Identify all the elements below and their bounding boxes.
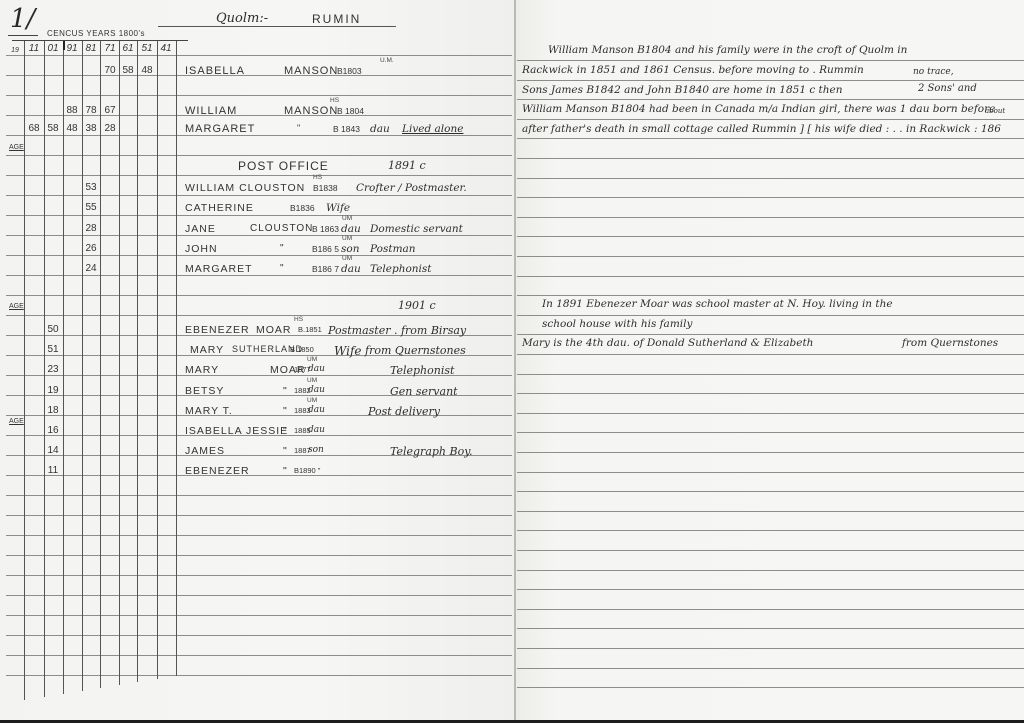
- person-first-name: EBENEZER: [185, 466, 250, 477]
- age-value: 51: [44, 345, 62, 355]
- ruled-line: [517, 256, 1024, 257]
- age-value: 58: [44, 124, 62, 134]
- occupation: Domestic servant: [370, 224, 463, 235]
- ruled-line: [517, 158, 1024, 159]
- birth-year: B 1843: [333, 125, 360, 134]
- occupation: Telegraph Boy.: [390, 446, 472, 457]
- ruled-line: [517, 374, 1024, 375]
- age-margin-label: AGE: [9, 144, 24, 151]
- census-column-line: [157, 40, 158, 679]
- page-number: 1/: [10, 6, 35, 32]
- ruled-line: [517, 668, 1024, 669]
- census-column-line: [119, 40, 120, 685]
- ruled-line: [517, 217, 1024, 218]
- relation: dau: [308, 426, 325, 435]
- person-surname: ": [283, 406, 288, 417]
- marital-note: UM: [307, 357, 317, 364]
- note-line: William Manson B1804 and his family were…: [548, 45, 907, 56]
- ruled-line: [517, 197, 1024, 198]
- person-first-name: MARGARET: [185, 264, 253, 275]
- person-first-name: ISABELLA: [185, 66, 245, 77]
- relation: dau: [308, 386, 325, 395]
- relation: son: [341, 244, 359, 255]
- ruled-line: [517, 570, 1024, 571]
- census-1901-label: 1901 c: [398, 300, 436, 311]
- person-surname: ": [283, 466, 288, 477]
- age-value: 18: [44, 406, 62, 416]
- ruled-line: [517, 119, 1024, 120]
- ruled-line: [517, 138, 1024, 139]
- marital-note: UM: [342, 216, 352, 223]
- census-column-line: [100, 40, 101, 688]
- birth-year: B.1851: [298, 326, 322, 334]
- relation: Wife: [326, 203, 350, 214]
- note-line: Rackwick in 1851 and 1861 Census. before…: [522, 65, 864, 76]
- occupation: Postmaster . from Birsay: [328, 325, 466, 336]
- ruled-line: [517, 99, 1024, 100]
- person-surname: ": [297, 124, 301, 133]
- relation: dau: [341, 264, 361, 275]
- relation: dau: [370, 124, 390, 135]
- age-value: 16: [44, 426, 62, 436]
- age-value: 38: [82, 124, 100, 134]
- relation: son: [308, 446, 324, 455]
- note-line: William Manson B1804 had been in Canada …: [522, 104, 995, 115]
- occupation: Lived alone: [402, 124, 463, 135]
- ruled-line: [517, 393, 1024, 394]
- age-value: 28: [82, 224, 100, 234]
- person-first-name: MARY T.: [185, 406, 233, 417]
- relation: dau: [341, 224, 361, 235]
- page-number-underline: [8, 35, 38, 36]
- marital-note: HS: [330, 98, 339, 105]
- age-value: 19: [44, 386, 62, 396]
- age-margin-label: AGE: [9, 418, 24, 425]
- age-value: 48: [63, 124, 81, 134]
- person-first-name: ISABELLA JESSIE: [185, 426, 288, 437]
- person-first-name: JAMES: [185, 446, 225, 457]
- location-title: RUMIN: [312, 13, 361, 25]
- person-first-name: MARGARET: [185, 124, 255, 135]
- person-first-name: JANE: [185, 224, 216, 235]
- age-value: 55: [82, 203, 100, 213]
- ruled-line: [517, 687, 1024, 688]
- person-first-name: CATHERINE: [185, 203, 254, 214]
- person-surname: CLOUSTON: [250, 224, 313, 234]
- note-line: from Quernstones: [902, 338, 998, 349]
- census-year-81: 81: [82, 44, 100, 54]
- person-first-name: WILLIAM: [185, 106, 237, 117]
- age-value: 24: [82, 264, 100, 274]
- age-value: 78: [82, 106, 100, 116]
- person-surname: MOAR: [256, 325, 292, 336]
- age-value: 67: [101, 106, 119, 116]
- age-value: 68: [25, 124, 43, 134]
- person-first-name: EBENEZER: [185, 325, 250, 336]
- ruled-line: [517, 236, 1024, 237]
- person-surname: ": [283, 426, 288, 437]
- person-first-name: MARY: [190, 345, 224, 356]
- marital-note: UM: [307, 398, 317, 405]
- age-value: 50: [44, 325, 62, 335]
- occupation: Telephonist: [370, 264, 432, 275]
- birth-year: B1803: [337, 67, 362, 76]
- marital-note: UM: [342, 256, 352, 263]
- note-insert: 2 Sons' and: [918, 84, 977, 94]
- occupation: from Quernstones: [365, 345, 466, 356]
- person-surname: ": [283, 386, 288, 397]
- census-year-41: 41: [157, 44, 175, 54]
- ruled-line: [517, 80, 1024, 81]
- ruled-line: [517, 452, 1024, 453]
- ruled-line: [517, 315, 1024, 316]
- note-insert: about: [985, 108, 1005, 115]
- birth-year: B1836: [290, 204, 315, 213]
- census-year-11: 11: [25, 44, 43, 54]
- person-surname: MANSON: [284, 66, 338, 77]
- census-year-01: 01: [44, 44, 62, 54]
- birth-year: B1838: [313, 184, 338, 193]
- birth-year: B1890 ": [294, 467, 320, 475]
- age-value: 11: [44, 466, 62, 476]
- person-surname: ": [283, 446, 288, 457]
- marital-note: HS: [313, 175, 322, 182]
- person-first-name: BETSY: [185, 386, 224, 397]
- age-value: 14: [44, 446, 62, 456]
- age-value: 70: [101, 66, 119, 76]
- person-surname: ": [280, 244, 285, 254]
- birth-year: B 1804: [337, 107, 364, 116]
- ruled-line: [517, 472, 1024, 473]
- person-first-name: MARY: [185, 365, 219, 376]
- age-value: 28: [101, 124, 119, 134]
- marital-note: HS: [294, 317, 303, 324]
- marital-note: U.M.: [380, 58, 394, 65]
- age-value: 88: [63, 106, 81, 116]
- occupation: Telephonist: [390, 365, 454, 376]
- book-spine: [514, 0, 516, 723]
- relation: dau: [308, 365, 325, 374]
- census-years-label: CENCUS YEARS 1800's: [47, 30, 145, 38]
- ruled-line: [517, 276, 1024, 277]
- ruled-line: [517, 491, 1024, 492]
- occupation: Gen servant: [390, 386, 458, 397]
- marital-note: UM: [342, 236, 352, 243]
- ruled-line: [517, 609, 1024, 610]
- census-year-51: 51: [138, 44, 156, 54]
- census-1891-label: 1891 c: [388, 160, 426, 171]
- census-year-61: 61: [119, 44, 137, 54]
- ruled-line: [517, 628, 1024, 629]
- marital-note: UM: [307, 378, 317, 385]
- person-surname: MANSON: [284, 106, 338, 117]
- age-margin-label: AGE: [9, 303, 24, 310]
- note-line: Mary is the 4th dau. of Donald Sutherlan…: [522, 338, 813, 349]
- census-column-line: [176, 40, 177, 676]
- ruled-line: [517, 413, 1024, 414]
- census-column-line: [24, 40, 25, 700]
- post-office-heading: POST OFFICE: [238, 160, 329, 172]
- birth-year: B 1850: [290, 346, 314, 354]
- occupation: Postman: [370, 244, 416, 255]
- census-column-line: [82, 40, 83, 691]
- person-first-name: WILLIAM CLOUSTON: [185, 183, 305, 194]
- occupation: Post delivery: [368, 406, 440, 417]
- relation: Wife: [334, 345, 362, 357]
- age-value: 48: [138, 66, 156, 76]
- census-year-91: 91: [63, 44, 81, 54]
- person-surname: ": [280, 264, 285, 274]
- note-line: after father's death in small cottage ca…: [522, 124, 1001, 135]
- occupation: Crofter / Postmaster.: [356, 183, 467, 194]
- ruled-line: [517, 432, 1024, 433]
- person-first-name: JOHN: [185, 244, 218, 255]
- census-label-line: [12, 40, 188, 41]
- ruled-line: [517, 589, 1024, 590]
- age-value: 53: [82, 183, 100, 193]
- census-year-19: 19: [6, 47, 24, 54]
- location-title-prefix: Quolm:-: [216, 12, 268, 25]
- ruled-line: [517, 334, 1024, 335]
- note-line: In 1891 Ebenezer Moar was school master …: [542, 299, 893, 310]
- ruled-line: [517, 295, 1024, 296]
- ruled-line: [517, 530, 1024, 531]
- ruled-line: [517, 550, 1024, 551]
- census-column-line: [63, 40, 64, 694]
- age-value: 26: [82, 244, 100, 254]
- note-line: school house with his family: [542, 319, 692, 330]
- census-year-71: 71: [101, 44, 119, 54]
- ruled-line: [517, 354, 1024, 355]
- birth-year: B186 7: [312, 265, 339, 274]
- ruled-line: [517, 511, 1024, 512]
- ruled-line: [517, 60, 1024, 61]
- ruled-line: [517, 648, 1024, 649]
- age-value: 23: [44, 365, 62, 375]
- age-value: 58: [119, 66, 137, 76]
- birth-year: B 1863: [312, 225, 339, 234]
- ruled-line: [517, 178, 1024, 179]
- note-insert: no trace,: [913, 68, 954, 77]
- relation: dau: [308, 406, 325, 415]
- title-underline: [158, 26, 396, 27]
- birth-year: B186 5: [312, 245, 339, 254]
- note-line: Sons James B1842 and John B1840 are home…: [522, 85, 843, 96]
- census-column-line: [137, 40, 138, 682]
